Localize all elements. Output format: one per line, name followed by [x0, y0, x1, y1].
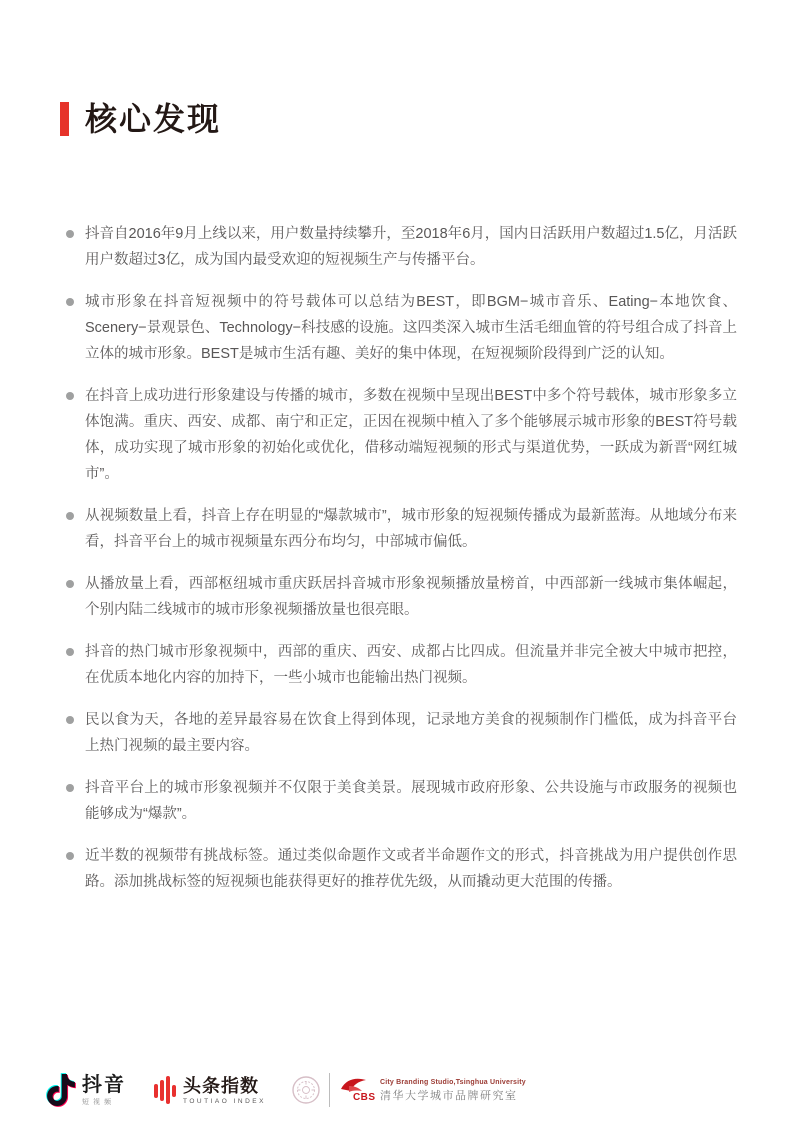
cbs-abbr: CBS [353, 1092, 376, 1103]
finding-text: 从视频数量上看，抖音上存在明显的“爆款城市”，城市形象的短视频传播成为最新蓝海。… [85, 503, 737, 555]
douyin-name: 抖音 [82, 1074, 126, 1096]
report-page: 核心发现 抖音自2016年9月上线以来，用户数量持续攀升，至2018年6月，国内… [0, 0, 793, 1122]
list-item: 城市形象在抖音短视频中的符号载体可以总结为BEST，即BGM−城市音乐、Eati… [66, 289, 737, 367]
finding-text: 近半数的视频带有挑战标签。通过类似命题作文或者半命题作文的形式，抖音挑战为用户提… [85, 843, 737, 895]
bullet-dot-icon [66, 230, 74, 238]
toutiao-bars-icon [154, 1075, 176, 1105]
douyin-subtitle: 短视频 [82, 1097, 126, 1107]
finding-text: 抖音自2016年9月上线以来，用户数量持续攀升，至2018年6月，国内日活跃用户… [85, 221, 737, 273]
bullet-dot-icon [66, 298, 74, 306]
section-header: 核心发现 [60, 102, 221, 136]
douyin-logo: 抖音 短视频 [45, 1072, 126, 1108]
toutiao-wordmark: 头条指数 TOUTIAO INDEX [183, 1076, 266, 1105]
cbs-mark: CBS [340, 1077, 374, 1103]
list-item: 抖音自2016年9月上线以来，用户数量持续攀升，至2018年6月，国内日活跃用户… [66, 221, 737, 273]
heading-accent-bar [60, 102, 69, 136]
bullet-dot-icon [66, 580, 74, 588]
cbs-chinese-name: 清华大学城市品牌研究室 [380, 1089, 526, 1103]
bullet-dot-icon [66, 512, 74, 520]
footer-logos: 抖音 短视频 头条指数 TOUTIAO INDEX [45, 1072, 526, 1108]
list-item: 抖音的热门城市形象视频中，西部的重庆、西安、成都占比四成。但流量并非完全被大中城… [66, 639, 737, 691]
cbs-wordmark: City Branding Studio,Tsinghua University… [380, 1078, 526, 1103]
douyin-note-icon [45, 1072, 77, 1108]
list-item: 近半数的视频带有挑战标签。通过类似命题作文或者半命题作文的形式，抖音挑战为用户提… [66, 843, 737, 895]
finding-text: 抖音平台上的城市形象视频并不仅限于美食美景。展现城市政府形象、公共设施与市政服务… [85, 775, 737, 827]
douyin-wordmark: 抖音 短视频 [82, 1074, 126, 1107]
tsinghua-cbs-logo: CBS City Branding Studio,Tsinghua Univer… [292, 1073, 526, 1107]
list-item: 在抖音上成功进行形象建设与传播的城市，多数在视频中呈现出BEST中多个符号载体，… [66, 383, 737, 487]
list-item: 从播放量上看，西部枢纽城市重庆跃居抖音城市形象视频播放量榜首，中西部新一线城市集… [66, 571, 737, 623]
tsinghua-seal-icon [292, 1076, 320, 1104]
bullet-dot-icon [66, 852, 74, 860]
bullet-dot-icon [66, 784, 74, 792]
findings-list: 抖音自2016年9月上线以来，用户数量持续攀升，至2018年6月，国内日活跃用户… [66, 221, 737, 911]
vertical-divider [329, 1073, 330, 1107]
finding-text: 在抖音上成功进行形象建设与传播的城市，多数在视频中呈现出BEST中多个符号载体，… [85, 383, 737, 487]
finding-text: 民以食为天，各地的差异最容易在饮食上得到体现，记录地方美食的视频制作门槛低，成为… [85, 707, 737, 759]
finding-text: 城市形象在抖音短视频中的符号载体可以总结为BEST，即BGM−城市音乐、Eati… [85, 289, 737, 367]
cbs-english-name: City Branding Studio,Tsinghua University [380, 1078, 526, 1087]
bullet-dot-icon [66, 648, 74, 656]
toutiao-index-logo: 头条指数 TOUTIAO INDEX [154, 1075, 266, 1105]
bullet-dot-icon [66, 716, 74, 724]
finding-text: 抖音的热门城市形象视频中，西部的重庆、西安、成都占比四成。但流量并非完全被大中城… [85, 639, 737, 691]
list-item: 民以食为天，各地的差异最容易在饮食上得到体现，记录地方美食的视频制作门槛低，成为… [66, 707, 737, 759]
list-item: 从视频数量上看，抖音上存在明显的“爆款城市”，城市形象的短视频传播成为最新蓝海。… [66, 503, 737, 555]
list-item: 抖音平台上的城市形象视频并不仅限于美食美景。展现城市政府形象、公共设施与市政服务… [66, 775, 737, 827]
toutiao-subtitle: TOUTIAO INDEX [183, 1098, 266, 1105]
page-title: 核心发现 [85, 103, 221, 135]
bullet-dot-icon [66, 392, 74, 400]
finding-text: 从播放量上看，西部枢纽城市重庆跃居抖音城市形象视频播放量榜首，中西部新一线城市集… [85, 571, 737, 623]
toutiao-name: 头条指数 [183, 1076, 266, 1096]
